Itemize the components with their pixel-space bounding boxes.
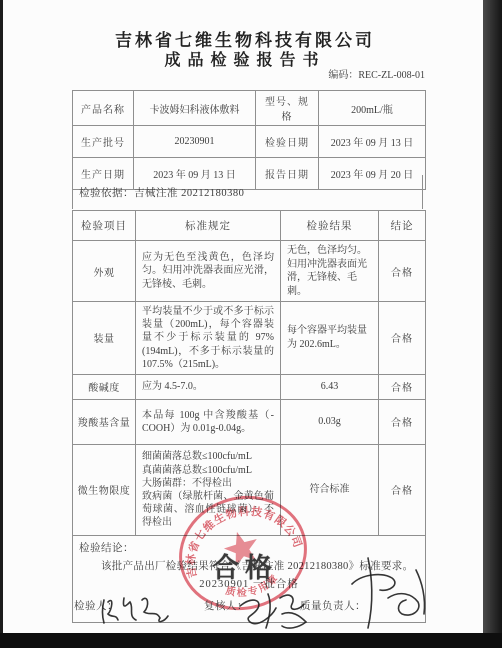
document-code-label: 编码：: [328, 70, 358, 81]
report-page: 吉林省七维生物科技有限公司 成品检验报告书 编码：REC-ZL-008-01 产…: [0, 0, 502, 648]
conclusion-carboxyl: 合格: [379, 399, 426, 444]
col-header-standard: 标准规定: [136, 211, 281, 241]
result-fill-volume: 每个容器平均装量为 202.6mL。: [281, 302, 379, 375]
quality-manager-signature: [338, 552, 433, 634]
pass-stamp-text: 合格: [170, 546, 320, 585]
scan-edge-bottom: [0, 633, 502, 648]
document-code-value: REC-ZL-008-01: [358, 70, 425, 81]
model-spec-value: 200mL/瓶: [319, 91, 426, 126]
standard-ph: 应为 4.5-7.0。: [136, 374, 281, 399]
batch-no-value: 20230901: [134, 126, 256, 158]
conclusion-ph: 合格: [379, 374, 426, 399]
item-ph: 酸碱度: [73, 374, 136, 399]
result-ph: 6.43: [281, 374, 379, 399]
result-appearance: 无色，色泽均匀。妇用冲洗器表面光滑，无锋棱、毛刺。: [281, 241, 379, 302]
scan-edge-left: [0, 0, 3, 648]
table-row: 产品名称 卡波姆妇科液体敷料 型号、规格 200mL/瓶: [73, 91, 426, 126]
document-code: 编码：REC-ZL-008-01: [328, 66, 425, 81]
standard-fill-volume: 平均装量不少于或不多于标示装量（200mL)，每个容器装量不少于标示装量的 97…: [136, 302, 281, 375]
scan-edge-right: [483, 0, 502, 648]
conclusion-microbial: 合格: [379, 444, 426, 535]
inspection-basis: 检验依据： 吉械注准 20212180380: [72, 175, 423, 209]
table-row-fill-volume: 装量 平均装量不少于或不多于标示装量（200mL)，每个容器装量不少于标示装量的…: [73, 302, 426, 375]
inspect-date-label: 检验日期: [256, 126, 319, 158]
inspect-date-value: 2023 年 09 月 13 日: [319, 126, 426, 158]
table-row: 生产批号 20230901 检验日期 2023 年 09 月 13 日: [73, 126, 426, 158]
inspection-basis-label: 检验依据：: [79, 185, 134, 200]
inspector-signature: [98, 590, 173, 630]
table-row-appearance: 外观 应为无色至浅黄色，色泽均匀。妇用冲洗器表面应光滑，无锋棱、毛刺。 无色，色…: [73, 241, 426, 302]
reviewer-signature: [232, 586, 312, 634]
batch-no-label: 生产批号: [73, 126, 134, 158]
table-header-row: 检验项目 标准规定 检验结果 结论: [73, 211, 426, 241]
item-microbial: 微生物限度: [73, 444, 136, 535]
inspection-basis-value: 吉械注准 20212180380: [134, 185, 244, 200]
conclusion-fill-volume: 合格: [379, 302, 426, 375]
conclusion-appearance: 合格: [379, 241, 426, 302]
standard-carboxyl: 本品每 100g 中含羧酸基（-COOH）为 0.01g-0.04g。: [136, 399, 281, 444]
item-appearance: 外观: [73, 241, 136, 302]
product-name-value: 卡波姆妇科液体敷料: [134, 91, 256, 126]
col-header-item: 检验项目: [73, 211, 136, 241]
product-name-label: 产品名称: [73, 91, 134, 126]
table-row-ph: 酸碱度 应为 4.5-7.0。 6.43 合格: [73, 374, 426, 399]
table-row-carboxyl: 羧酸基含量 本品每 100g 中含羧酸基（-COOH）为 0.01g-0.04g…: [73, 399, 426, 444]
item-fill-volume: 装量: [73, 302, 136, 375]
col-header-result: 检验结果: [281, 211, 379, 241]
model-spec-label: 型号、规格: [256, 91, 319, 126]
standard-appearance: 应为无色至浅黄色，色泽均匀。妇用冲洗器表面应光滑，无锋棱、毛刺。: [136, 241, 281, 302]
col-header-conclusion: 结论: [379, 211, 426, 241]
item-carboxyl: 羧酸基含量: [73, 399, 136, 444]
result-carboxyl: 0.03g: [281, 399, 379, 444]
